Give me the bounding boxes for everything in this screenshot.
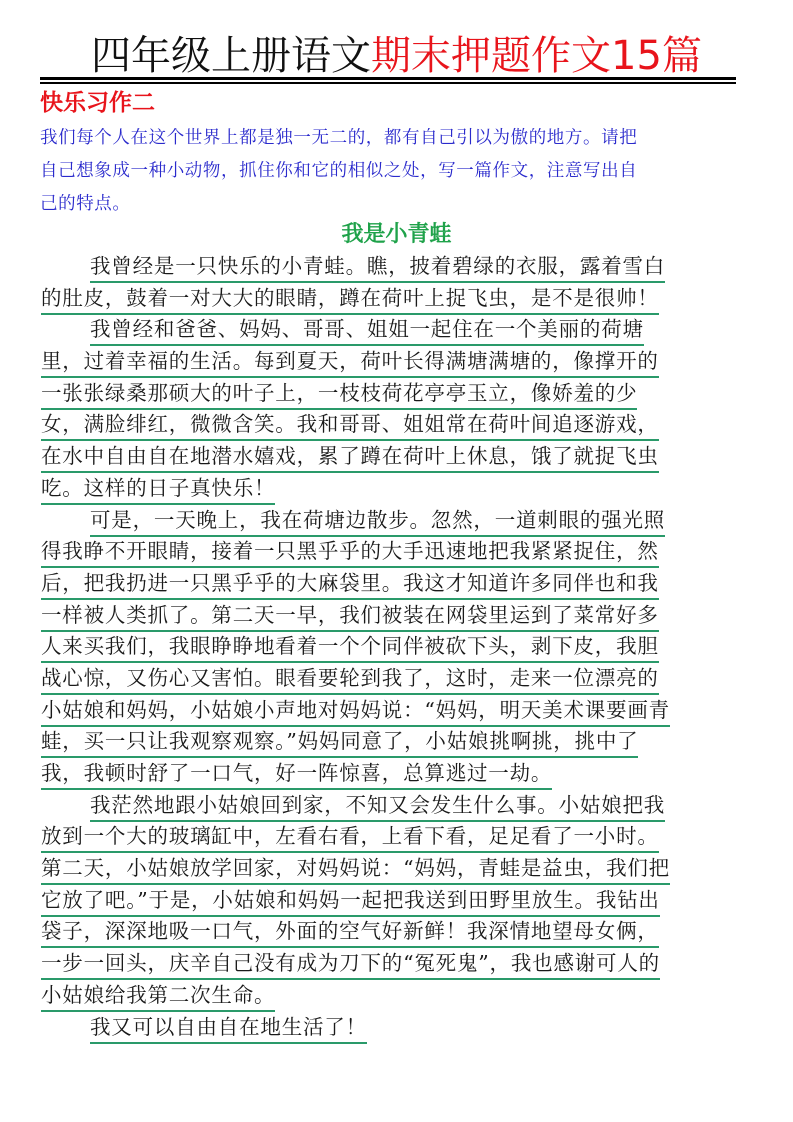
essay-line-text: 放到一个大的玻璃缸中，左看右看，上看下看，足足看了一小时。 bbox=[41, 821, 659, 853]
essay-line-text: 袋子，深深地吸一口气，外面的空气好新鲜！我深情地望母女俩， bbox=[41, 916, 659, 948]
essay-line-text: 一张张绿桑那硕大的叶子上，一枝枝荷花亭亭玉立，像娇羞的少 bbox=[41, 378, 637, 410]
essay-line-text: 我又可以自由自在地生活了！ bbox=[90, 1012, 367, 1044]
essay-line-text: 我茫然地跟小姑娘回到家，不知又会发生什么事。小姑娘把我 bbox=[90, 790, 665, 822]
page-title-grade: 四年级上册语文 bbox=[91, 33, 371, 79]
essay-line-text: 得我睁不开眼睛，接着一只黑乎乎的大手迅速地把我紧紧捉住，然 bbox=[41, 536, 659, 568]
essay-line-text: 第二天，小姑娘放学回家，对妈妈说：“妈妈，青蛙是益虫，我们把 bbox=[41, 853, 670, 885]
essay-line: 女，满脸绯红，微微含笑。我和哥哥、姐姐常在荷叶间追逐游戏， bbox=[41, 409, 753, 441]
essay-line-text: 在水中自由自在地潜水嬉戏，累了蹲在荷叶上休息，饿了就捉飞虫 bbox=[41, 441, 659, 473]
writing-prompt: 我们每个人在这个世界上都是独一无二的，都有自己引以为傲的地方。请把 自己想象成一… bbox=[40, 122, 752, 221]
essay-line: 我茫然地跟小姑娘回到家，不知又会发生什么事。小姑娘把我 bbox=[41, 790, 753, 822]
essay-line: 吃。这样的日子真快乐！ bbox=[41, 473, 753, 505]
essay-line-text: 的肚皮，鼓着一对大大的眼睛，蹲在荷叶上捉飞虫，是不是很帅！ bbox=[41, 283, 659, 315]
prompt-line: 自己想象成一种小动物，抓住你和它的相似之处，写一篇作文，注意写出自 bbox=[40, 155, 752, 188]
essay-line-text: 我曾经和爸爸、妈妈、哥哥、姐姐一起住在一个美丽的荷塘 bbox=[90, 314, 644, 346]
essay-line-text: 小姑娘给我第二次生命。 bbox=[41, 980, 275, 1012]
title-rule-thick bbox=[40, 77, 736, 80]
essay-line: 一步一回头，庆辛自己没有成为刀下的“冤死鬼”，我也感谢可人的 bbox=[41, 948, 753, 980]
essay-line-text: 一步一回头，庆辛自己没有成为刀下的“冤死鬼”，我也感谢可人的 bbox=[41, 948, 660, 980]
essay-line: 后，把我扔进一只黑乎乎的大麻袋里。我这才知道许多同伴也和我 bbox=[41, 568, 753, 600]
essay-line: 我曾经是一只快乐的小青蛙。瞧，披着碧绿的衣服，露着雪白 bbox=[41, 251, 753, 283]
essay-line: 小姑娘和妈妈，小姑娘小声地对妈妈说：“妈妈，明天美术课要画青 bbox=[41, 695, 753, 727]
essay-line-text: 战心惊，又伤心又害怕。眼看要轮到我了，这时，走来一位漂亮的 bbox=[41, 663, 659, 695]
essay-line: 一样被人类抓了。第二天一早，我们被装在网袋里运到了菜常好多 bbox=[41, 600, 753, 632]
essay-line: 第二天，小姑娘放学回家，对妈妈说：“妈妈，青蛙是益虫，我们把 bbox=[41, 853, 753, 885]
essay-line: 它放了吧。”于是，小姑娘和妈妈一起把我送到田野里放生。我钻出 bbox=[41, 885, 753, 917]
essay-title: 我是小青蛙 bbox=[0, 218, 793, 252]
essay-line: 我曾经和爸爸、妈妈、哥哥、姐姐一起住在一个美丽的荷塘 bbox=[41, 314, 753, 346]
essay-line: 蛙，买一只让我观察观察。”妈妈同意了，小姑娘挑啊挑，挑中了 bbox=[41, 726, 753, 758]
essay-line-text: 女，满脸绯红，微微含笑。我和哥哥、姐姐常在荷叶间追逐游戏， bbox=[41, 409, 659, 441]
essay-line: 袋子，深深地吸一口气，外面的空气好新鲜！我深情地望母女俩， bbox=[41, 916, 753, 948]
essay-line: 小姑娘给我第二次生命。 bbox=[41, 980, 753, 1012]
essay-line-text: 它放了吧。”于是，小姑娘和妈妈一起把我送到田野里放生。我钻出 bbox=[41, 885, 660, 917]
essay-line: 我，我顿时舒了一口气，好一阵惊喜，总算逃过一劫。 bbox=[41, 758, 753, 790]
prompt-line: 己的特点。 bbox=[40, 188, 752, 221]
essay-line-text: 可是，一天晚上，我在荷塘边散步。忽然，一道刺眼的强光照 bbox=[90, 505, 665, 537]
essay-line: 可是，一天晚上，我在荷塘边散步。忽然，一道刺眼的强光照 bbox=[41, 505, 753, 537]
essay-line: 放到一个大的玻璃缸中，左看右看，上看下看，足足看了一小时。 bbox=[41, 821, 753, 853]
essay-line: 我又可以自由自在地生活了！ bbox=[41, 1012, 753, 1044]
essay-line: 人来买我们，我眼睁睁地看着一个个同伴被砍下头，剥下皮，我胆 bbox=[41, 631, 753, 663]
essay-line-text: 我曾经是一只快乐的小青蛙。瞧，披着碧绿的衣服，露着雪白 bbox=[90, 251, 665, 283]
title-rule-thin bbox=[40, 82, 736, 84]
essay-line: 在水中自由自在地潜水嬉戏，累了蹲在荷叶上休息，饿了就捉飞虫 bbox=[41, 441, 753, 473]
essay-line-text: 里，过着幸福的生活。每到夏天，荷叶长得满塘满塘的，像撑开的 bbox=[41, 346, 659, 378]
essay-line-text: 小姑娘和妈妈，小姑娘小声地对妈妈说：“妈妈，明天美术课要画青 bbox=[41, 695, 670, 727]
essay-line-text: 人来买我们，我眼睁睁地看着一个个同伴被砍下头，剥下皮，我胆 bbox=[41, 631, 659, 663]
essay-line-text: 我，我顿时舒了一口气，好一阵惊喜，总算逃过一劫。 bbox=[41, 758, 552, 790]
essay-line: 得我睁不开眼睛，接着一只黑乎乎的大手迅速地把我紧紧捉住，然 bbox=[41, 536, 753, 568]
prompt-line: 我们每个人在这个世界上都是独一无二的，都有自己引以为傲的地方。请把 bbox=[40, 122, 752, 155]
essay-line: 的肚皮，鼓着一对大大的眼睛，蹲在荷叶上捉飞虫，是不是很帅！ bbox=[41, 283, 753, 315]
page-title: 四年级上册语文期末押题作文15篇 bbox=[0, 32, 793, 80]
essay-line: 战心惊，又伤心又害怕。眼看要轮到我了，这时，走来一位漂亮的 bbox=[41, 663, 753, 695]
essay-line-text: 吃。这样的日子真快乐！ bbox=[41, 473, 275, 505]
essay-line: 一张张绿桑那硕大的叶子上，一枝枝荷花亭亭玉立，像娇羞的少 bbox=[41, 378, 753, 410]
section-title: 快乐习作二 bbox=[40, 86, 155, 120]
essay-line: 里，过着幸福的生活。每到夏天，荷叶长得满塘满塘的，像撑开的 bbox=[41, 346, 753, 378]
essay-line-text: 蛙，买一只让我观察观察。”妈妈同意了，小姑娘挑啊挑，挑中了 bbox=[41, 726, 638, 758]
essay-line-text: 一样被人类抓了。第二天一早，我们被装在网袋里运到了菜常好多 bbox=[41, 600, 659, 632]
essay-line-text: 后，把我扔进一只黑乎乎的大麻袋里。我这才知道许多同伴也和我 bbox=[41, 568, 659, 600]
essay-body: 我曾经是一只快乐的小青蛙。瞧，披着碧绿的衣服，露着雪白的肚皮，鼓着一对大大的眼睛… bbox=[41, 251, 753, 1043]
page-title-highlight: 期末押题作文15篇 bbox=[371, 33, 702, 79]
